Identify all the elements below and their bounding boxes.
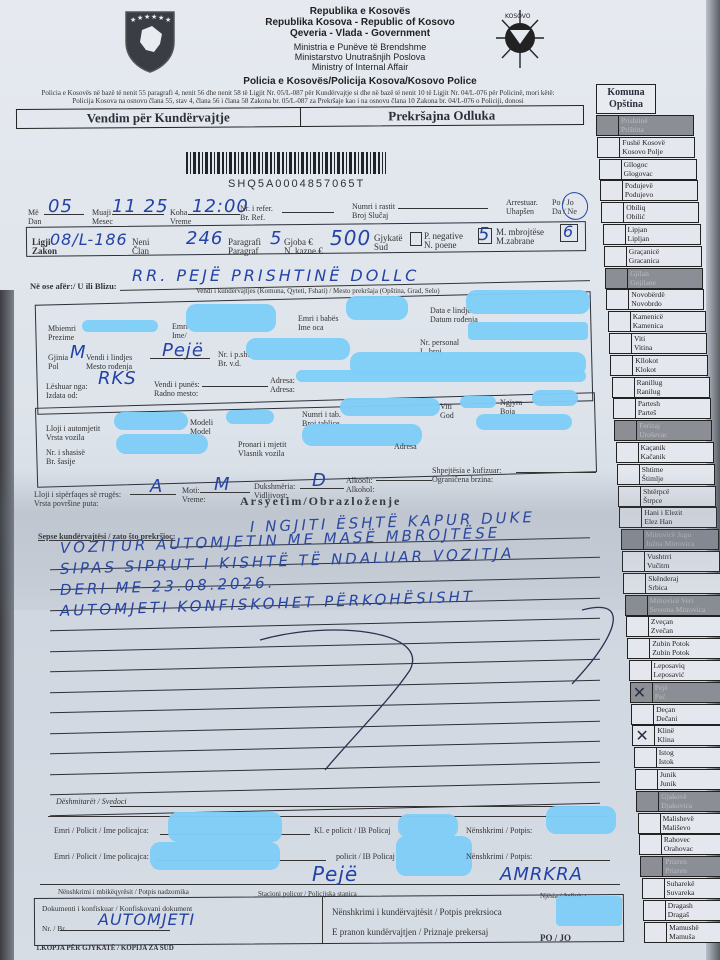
municipality-name: GraçanicëGracanica [627,247,701,266]
redacted-officer1-id [398,814,458,838]
header-line: Republika Kosova - Republic of Kosovo [0,17,720,28]
redacted-personal-no [468,322,588,340]
municipality-row[interactable]: DeçanDečani [631,704,720,725]
municipality-row[interactable]: MalishevëMališevo [638,813,720,834]
officer2-sign-label: Nënshkrimi / Potpis: [466,852,532,861]
legal-basis-sq: Policia e Kosovës në bazë të nenit 55 pa… [8,89,588,97]
municipality-checkbox[interactable] [598,138,620,157]
redacted-vehicle-type [114,412,188,430]
redacted-offender-sign [556,896,622,926]
municipality-checkbox[interactable] [615,421,637,440]
workplace-label: Vendi i punës:Radno mesto: [154,380,200,398]
municipality-checkbox[interactable] [632,705,654,724]
year-label: VitiGod [440,402,454,420]
municipality-row[interactable]: KamenicëKamenica [608,311,706,332]
officer1-id-label: Kl. e policit / IB Policaj [314,826,390,835]
municipality-name: NovobërdëNovobrdo [629,290,703,309]
license-label: Nr. i p.sh.Br. v.d. [218,350,249,368]
barcode-number: SHQ5A0004857065T [228,178,365,190]
redacted-officer2-id [396,836,472,876]
municipality-checkbox[interactable] [597,116,619,135]
municipality-name: RahovecOrahovac [662,835,720,854]
redacted-officer1-sign [546,806,616,834]
month-label: MuajiMesec [92,208,113,226]
municipality-row[interactable]: DragashDragaš [643,900,720,921]
municipality-name: Hani i ElezitElez Han [642,508,716,527]
redacted-model [226,410,274,424]
municipality-checkbox[interactable] [619,487,641,506]
redacted-officer1-name [168,812,282,842]
municipality-row[interactable]: ShtërpcëŠtrpce [618,486,716,507]
municipality-name: SuharekëSuvareka [665,879,720,898]
unit-value[interactable]: AMRKRA [500,864,583,885]
location-label: Në ose afër:/ U ili Blizu: [30,282,117,291]
municipality-name: SkënderajSrbica [646,574,720,593]
ban-label: M. mbrojtëseM.zabrane [496,228,544,246]
date-label: MëDan [28,208,41,226]
municipality-checkbox[interactable] [614,399,636,418]
weather-label: Moti:Vreme: [182,486,206,504]
municipality-row[interactable]: LeposaviqLeposavić [629,660,720,681]
municipality-row[interactable]: ObiliqObilić [601,202,699,223]
ministry-line: Ministria e Punëve të Brendshme [0,42,720,52]
municipality-row[interactable]: Mitrovicë VeriSeverna Mitrovica [625,595,720,616]
municipality-row[interactable]: PodujevëPodujevo [600,180,698,201]
redacted-officer2-name [150,842,280,870]
municipality-checkbox[interactable] [630,661,652,680]
municipality-checkbox[interactable] [613,378,635,397]
municipality-row[interactable]: PrishtinëPriština [596,115,694,136]
municipality-row[interactable]: ParteshParteš [613,398,711,419]
municipality-row[interactable]: LipjanLipljan [603,224,701,245]
redacted-license [246,338,350,360]
redacted-address-2 [296,370,586,382]
municipality-checkbox[interactable] [644,901,666,920]
witnesses-label: Dëshmitarët / Svedoci [56,797,127,806]
municipality-row[interactable]: RanillugRanilug [612,377,710,398]
municipality-checkbox[interactable] [601,181,623,200]
municipality-row[interactable]: NovobërdëNovobrdo [606,289,704,310]
municipality-name: PrizrenPrizren [663,857,720,876]
municipality-name: DeçanDečani [654,705,720,724]
municipality-checkbox[interactable] [622,530,644,549]
address-label: Adresa:Adresa: [270,376,295,394]
municipality-row[interactable]: VushtrriVučitrn [622,551,720,572]
ruled-line [50,618,600,631]
legal-basis-sr: Policija Kosova na osnovu člana 55, stav… [8,97,588,105]
title-sr: Prekršajna Odluka [300,106,583,126]
issued-by-value[interactable]: RKS [98,368,137,389]
municipality-name: ZveçanZvečan [649,617,720,636]
municipality-name: KamenicëKamenica [631,312,705,331]
municipality-name: PodujevëPodujevo [623,181,697,200]
municipality-checkbox[interactable] [602,203,624,222]
arrest-label: Arrestuar.Uhapšen [506,198,538,216]
municipality-checkbox[interactable] [636,770,658,789]
municipality-name: JunikJunik [658,770,720,789]
gender-value[interactable]: M [70,342,87,363]
municipality-row[interactable]: GllogocGlogovac [599,159,697,180]
municipality-row[interactable]: KllokotKlokot [610,355,708,376]
confiscated-nr-label: Nr. / Br. [42,924,66,933]
municipality-checkbox[interactable] [618,465,640,484]
municipality-checkbox[interactable] [605,247,627,266]
municipality-name: FerizajUroševac [637,421,711,440]
municipality-name: KlinëKlina [655,726,720,745]
ruled-line [50,679,600,692]
municipality-checkbox[interactable] [606,269,628,288]
municipality-name: PejëPeć [653,683,720,702]
location-sublabel: Vendi i kundërvajtjes (Komuna, Qyteti, F… [196,287,440,296]
municipality-row[interactable]: ZveçanZvečan [626,616,720,637]
municipality-row[interactable]: GjilanGnjilane [605,268,703,289]
officer1-sign-label: Nënshkrimi / Potpis: [466,826,532,835]
municipality-checkbox[interactable] [607,290,629,309]
redacted-color [532,390,578,406]
ruled-line [50,741,600,754]
ruled-line [50,761,600,774]
vehicle-type-label: Lloji i automjetitVrsta vozila [46,424,100,442]
municipality-checkbox[interactable] [600,160,622,179]
chassis-label: Nr. i shasisëBr. šasije [46,448,85,466]
municipality-name: ShtërpcëŠtrpce [641,487,715,506]
municipality-name: VitiVitina [632,334,706,353]
check-x-icon: ✕ [635,726,648,746]
owner-address-label: Adresa [394,442,417,451]
municipality-name: Mitrovicë JuguJužna Mitrovica [644,530,718,549]
municipality-checkbox[interactable] [604,225,626,244]
gender-label: GjiniaPol [48,353,68,371]
municipality-checkbox[interactable]: ✕ [631,683,653,702]
ruled-line [50,720,600,733]
municipality-name: LeposaviqLeposavić [652,661,720,680]
redacted-owner-address [476,414,572,430]
redacted-surname [82,320,158,332]
municipality-row[interactable]: MamushëMamuša [644,922,720,943]
fine-value[interactable]: 500 [330,226,371,250]
municipality-name: LipjanLipljan [626,225,700,244]
municipality-name: PrishtinëPriština [619,116,693,135]
issued-by-label: Lëshuar nga:Izdata od: [46,382,88,400]
municipality-row[interactable]: ShtimeŠtimlje [617,464,715,485]
municipality-checkbox[interactable] [623,552,645,571]
ministry-line: Ministarstvo Unutrašnjih Poslova [0,52,720,62]
municipality-row[interactable]: SkënderajSrbica [623,573,720,594]
fine-label: Gjoba €N. kazne € [284,238,323,256]
father-label: Emri i babësIme oca [298,314,338,332]
paragraph-value[interactable]: 5 [270,228,282,249]
article-value[interactable]: 246 [186,228,223,249]
road-surface-label: Lloji i sipërfaqes së rrugës:Vrsta površ… [34,490,121,508]
header-line: Qeveria - Vlada - Government [0,28,720,39]
municipality-name: KllokotKlokot [633,356,707,375]
municipality-checkbox[interactable] [620,508,642,527]
municipality-checkbox[interactable] [635,748,657,767]
confiscated-value[interactable]: AUTOMJETI [98,910,195,929]
form-title: Vendim për Kundërvajtje Prekršajna Odluk… [16,105,584,129]
barcode [186,152,386,174]
municipality-name: Fushë KosovëKosovo Polje [620,138,694,157]
station-value[interactable]: Pejë [312,862,358,886]
municipality-row[interactable]: Fushë KosovëKosovo Polje [597,137,695,158]
municipality-name: Zubin PotokZubin Potok [650,639,720,658]
time-label: KohaVreme [170,208,191,226]
municipality-name: MamushëMamuša [667,923,720,942]
municipality-row[interactable]: KaçanikKačanik [616,442,714,463]
municipality-name: Mitrovicë VeriSeverna Mitrovica [648,596,720,615]
location-value[interactable]: RR. PEJË PRISHTINË DOLLC [132,266,419,285]
officer2-name-label: Emri / Policit / Ime policajca: [54,852,149,861]
article-label: NeniČlan [132,238,150,256]
redacted-year [460,396,496,408]
municipality-name: GjilanGnjilane [628,269,702,288]
municipality-row[interactable]: FerizajUroševac [614,420,712,441]
ruled-line [50,700,600,713]
municipality-row[interactable]: JunikJunik [635,769,720,790]
ruled-line [50,782,600,795]
redacted-father [346,296,408,320]
municipality-checkbox[interactable] [643,879,665,898]
ban-value: 6 [563,222,574,241]
police-decision-form: ★★★ ★★★ KOSOVO Republika e Kosovës Repub… [0,0,720,960]
alcohol-label: Alkooli:Alkohol: [346,476,374,494]
municipality-row[interactable]: GraçanicëGracanica [604,246,702,267]
reasoning-title: Arsyetim/Obrazloženje [240,494,401,509]
municipality-checkbox[interactable]: ✕ [633,726,655,745]
court-checkbox[interactable] [410,232,422,246]
municipality-checkbox[interactable] [617,443,639,462]
municipality-row[interactable]: SuharekëSuvareka [642,878,720,899]
paragraph-label: ParagrafiParagraf [228,238,261,256]
municipality-header: Komuna Opština [596,84,656,114]
municipality-checkbox[interactable] [611,356,633,375]
municipality-checkbox[interactable] [628,639,650,658]
municipality-checkbox[interactable] [641,857,663,876]
copy-label: 1.KOPJA PËR GJYKATË / KOPIJA ZA SUD [36,944,174,953]
municipality-name: KaçanikKačanik [639,443,713,462]
background-edge [0,290,14,960]
municipality-checkbox[interactable] [645,923,667,942]
admits-value[interactable]: PO / JO [540,934,571,943]
redacted-chassis [116,434,208,454]
municipality-name: ObiliqObilić [624,203,698,222]
ministry-line: Ministry of Internal Affair [0,62,720,72]
supervisor-label: Nënshkrimi i mbikëqyrësit / Potpis nadzo… [58,888,189,897]
points-label: P. negativeN. poene [424,232,463,250]
header-line: Republika e Kosovës [0,6,720,17]
redacted-dob [466,290,590,314]
law-value[interactable]: 08/L-186 [50,230,128,249]
municipality-table: Komuna Opština [596,84,656,114]
municipality-name: IstogIstok [657,748,720,767]
ruled-line [50,638,600,651]
title-sq: Vendim për Kundërvajtje [17,108,301,128]
municipality-row[interactable]: PrizrenPrizren [640,856,720,877]
municipality-row[interactable]: Mitrovicë JuguJužna Mitrovica [621,529,719,550]
municipality-name: ParteshParteš [636,399,710,418]
arrest-selection-circle [558,188,592,223]
court-label: GjykatëSud [374,234,403,252]
speed-limit-label: Shpejtësia e kufizuar:Ograničena brzina: [432,466,501,484]
municipality-row[interactable]: GjakovëDjakovica [636,791,720,812]
ruled-line [50,802,600,815]
municipality-row[interactable]: ✕KlinëKlina [632,725,720,746]
municipality-checkbox[interactable] [610,334,632,353]
ruled-line [50,659,600,672]
municipality-name: ShtimeŠtimlje [640,465,714,484]
redacted-plate [340,398,440,416]
case-label: Numri i rastitBroj Slučaj [352,202,395,220]
municipality-row[interactable]: ✕PejëPeć [630,682,720,703]
municipality-checkbox[interactable] [624,574,646,593]
municipality-row[interactable]: VitiVitina [609,333,707,354]
municipality-row[interactable]: IstogIstok [634,747,720,768]
officer2-id-label: policit / IB Policaj [336,852,395,861]
points-value: 5 [478,224,490,245]
owner-label: Pronari i mjetitVlasnik vozila [238,440,286,458]
municipality-name: GjakovëDjakovica [659,792,720,811]
municipality-checkbox[interactable] [609,312,631,331]
municipality-checkbox[interactable] [637,792,659,811]
municipality-row[interactable]: Hani i ElezitElez Han [619,507,717,528]
municipality-row[interactable]: Zubin PotokZubin Potok [627,638,720,659]
municipality-checkbox[interactable] [639,814,661,833]
officer1-name-label: Emri / Policit / Ime policajca: [54,826,149,835]
offender-sign-label: Nënshkrimi i kundërvajtësit / Potpis pre… [332,908,502,917]
municipality-name: RanillugRanilug [635,378,709,397]
surname-label: MbiemriPrezime [48,324,76,342]
check-x-icon: ✕ [633,683,646,703]
municipality-name: DragashDragaš [666,901,720,920]
municipality-checkbox[interactable] [640,835,662,854]
municipality-checkbox[interactable] [627,617,649,636]
ref-label: Nr. i refer.Br. Ref. [240,204,273,222]
municipality-name: GllogocGlogovac [622,160,696,179]
municipality-row[interactable]: RahovecOrahovac [639,834,720,855]
municipality-name: MalishevëMališevo [661,814,720,833]
municipality-checkbox[interactable] [626,596,648,615]
admits-label: E pranon kundërvajtjen / Priznaje preker… [332,928,488,937]
redacted-name [186,304,276,332]
municipality-name: VushtrriVučitrn [645,552,719,571]
